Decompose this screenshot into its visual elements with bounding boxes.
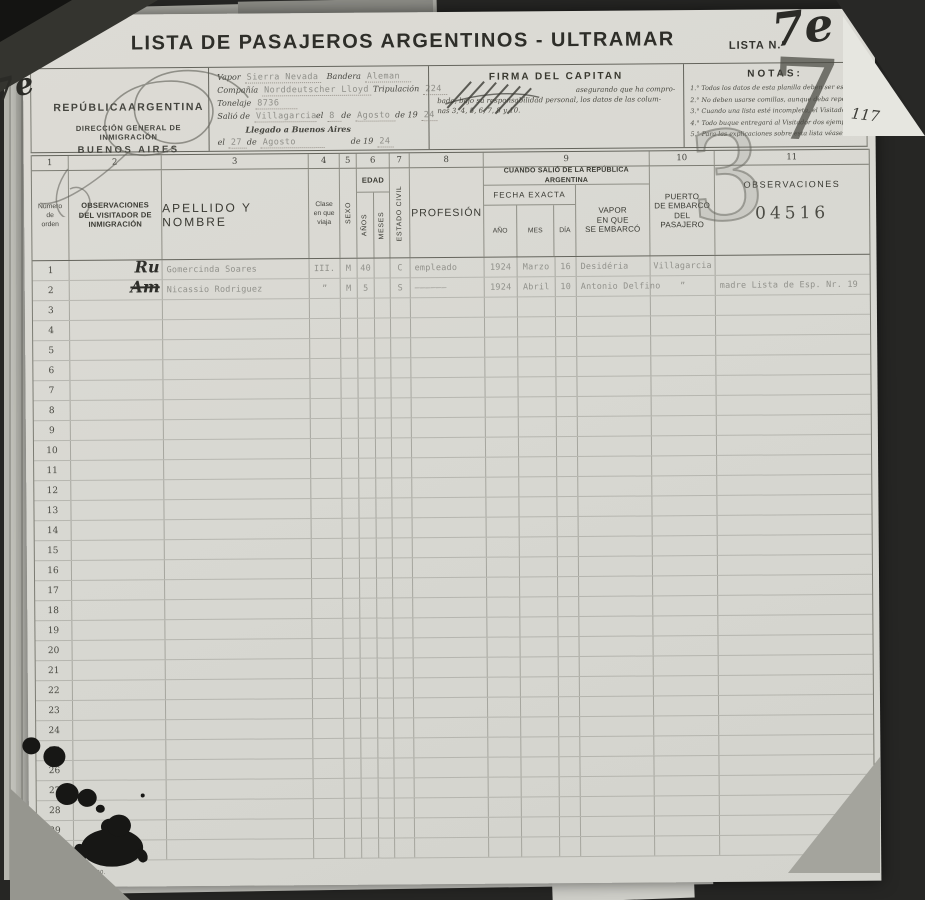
table-cell-meses [376,418,392,437]
table-cell-vapor [579,636,653,656]
table-cell-clase [313,759,344,778]
header-edad-group: EDAD AÑOS MESES [357,168,391,257]
table-cell-dia [558,577,579,596]
table-cell-obs [718,515,872,535]
table-cell-ano [486,457,519,476]
table-cell-mark [73,720,166,740]
table-cell-meses [377,578,393,597]
typed-value: empleado [415,262,458,272]
row-number: 6 [48,366,54,376]
table-cell-mark [70,340,163,360]
table-cell-clase [310,379,341,398]
header-clase: Clase en que viaja [314,200,335,227]
table-cell-meses [375,378,391,397]
table-cell-dia [558,637,579,656]
table-cell-anos [361,739,378,758]
table-cell-obs [719,735,873,755]
table-cell-anos [359,459,376,478]
table-cell-meses [377,538,393,557]
table-cell-mark [71,480,164,500]
table-cell-mark [73,660,166,680]
table-cell-profesion [411,358,485,378]
table-cell-obs [716,355,870,375]
table-cell-clase [311,399,342,418]
table-cell-puerto: Villagarcia [651,256,716,276]
table-cell-anos [362,799,379,818]
table-cell-meses [378,658,394,677]
table-cell-name [165,539,312,559]
handwritten-list-number: 7e [769,0,836,58]
table-cell-clase [311,439,342,458]
typed-value: S [398,283,403,293]
table-cell-anos [361,659,378,678]
table-cell-num: 12 [34,481,71,500]
table-cell-estado [394,718,414,737]
table-cell-mes [519,437,557,456]
table-cell-name [167,779,314,799]
table-cell-obs [717,455,871,475]
table-cell-puerto [654,716,719,736]
table-cell-meses [375,278,391,297]
salio-month: Agosto [355,110,395,121]
table-cell-sexo [344,719,361,738]
table-cell-num: 8 [34,401,71,420]
table-cell-name [167,839,314,859]
col-number: 7 [390,153,410,167]
table-cell-vapor [578,456,652,476]
ink-blot [22,737,40,754]
table-cell-profesion [415,838,489,858]
table-cell-sexo [342,459,359,478]
table-cell-mes [518,317,556,336]
page-title: LISTA DE PASAJEROS ARGENTINOS - ULTRAMAR [23,27,783,56]
table-cell-profesion [415,798,489,818]
table-cell-puerto [655,776,720,796]
table-cell-dia [556,337,577,356]
col-number: 9 [484,151,650,166]
table-cell-estado [392,478,412,497]
typed-value: C [397,263,402,273]
table-cell-name: Nicassio Rodriguez [163,279,310,299]
table-cell-ano [489,797,522,816]
table-cell-profesion [413,538,487,558]
table-cell-estado [393,598,413,617]
table-cell-meses [378,678,394,697]
table-cell-mes [519,497,557,516]
table-cell-meses [379,818,395,837]
table-cell-vapor: Desidéria [577,256,651,276]
row-number: 15 [47,546,59,556]
table-cell-dia [560,777,581,796]
row-number: 4 [48,326,54,336]
typed-value: 16 [560,262,571,272]
table-cell-clase [314,799,345,818]
table-cell-dia [559,677,580,696]
table-cell-mark [73,740,166,760]
table-cell-mark [73,700,166,720]
table-cell-name [163,379,310,399]
passenger-table: 1 2 3 4 5 6 7 8 9 10 11 Número de orden … [31,149,876,862]
header-cuando-group: CUANDO SALIÓ DE LA REPÚBLICA ARGENTINA F… [484,166,651,256]
table-cell-puerto [652,456,717,476]
table-cell-mes [520,577,558,596]
table-cell-name [164,419,311,439]
table-cell-dia [559,717,580,736]
header-edad: EDAD [362,175,384,185]
table-cell-estado [395,838,415,857]
table-cell-vapor [580,676,654,696]
typed-value: ” [680,281,685,291]
table-cell-dia [559,697,580,716]
header-profesion: PROFESIÓN [411,206,482,219]
table-cell-meses [377,518,393,537]
table-cell-vapor [578,396,652,416]
table-cell-obs [716,375,870,395]
row-number: 1 [48,266,54,276]
table-cell-estado [391,298,411,317]
table-cell-anos [358,299,375,318]
table-cell-puerto [652,436,717,456]
table-cell-puerto [653,516,718,536]
table-cell-mark [72,560,165,580]
table-cell-num: 2 [33,281,70,300]
row-number: 20 [48,646,60,656]
table-cell-mark [71,440,164,460]
table-cell-num: 16 [35,561,72,580]
table-cell-clase [311,479,342,498]
col-number: 8 [410,153,484,168]
table-cell-sexo [341,299,358,318]
table-cell-name [165,559,312,579]
table-cell-name [167,799,314,819]
table-cell-vapor [580,736,654,756]
table-cell-obs [718,595,872,615]
table-cell-ano [489,837,522,856]
table-cell-clase [314,819,345,838]
table-cell-vapor [580,756,654,776]
table-cell-name [164,439,311,459]
table-cell-profesion [413,638,487,658]
table-cell-puerto: ” [651,276,716,296]
table-cell-dia [559,737,580,756]
table-cell-estado [393,558,413,577]
table-cell-profesion [413,578,487,598]
table-cell-estado [391,318,411,337]
table-cell-vapor [579,516,653,536]
table-cell-profesion: –––––– [411,278,485,298]
table-cell-clase [312,619,343,638]
row-number: 28 [49,806,61,816]
col-number: 5 [340,154,357,168]
row-number: 22 [48,686,60,696]
table-cell-ano [486,417,519,436]
table-cell-anos [358,359,375,378]
typed-value: 1924 [490,282,511,292]
table-cell-estado: C [391,258,411,277]
table-cell-sexo [343,579,360,598]
table-cell-profesion [414,698,488,718]
table-cell-estado: S [391,278,411,297]
typed-value: Marzo [523,262,550,272]
row-number: 23 [48,706,60,716]
table-cell-profesion [411,298,485,318]
table-cell-num: 10 [34,441,71,460]
table-cell-ano [487,617,520,636]
table-cell-ano [489,777,522,796]
table-cell-sexo [344,759,361,778]
table-cell-anos [362,779,379,798]
table-cell-mes [521,677,559,696]
table-cell-name [166,639,313,659]
table-cell-profesion [415,818,489,838]
table-cell-ano [487,577,520,596]
table-cell-clase [312,539,343,558]
table-cell-clase [312,519,343,538]
table-cell-mark [72,600,165,620]
table-cell-mes [520,517,558,536]
header-meses: MESES [378,211,385,239]
header-sexo: SEXO [345,202,352,224]
table-cell-vapor [577,376,651,396]
table-cell-meses [378,758,394,777]
table-cell-sexo [342,399,359,418]
table-cell-profesion [414,658,488,678]
table-cell-anos [359,499,376,518]
table-cell-mes: Marzo [518,257,556,276]
table-cell-estado [393,618,413,637]
row-number: 5 [48,346,54,356]
table-cell-dia [560,817,581,836]
table-cell-estado [393,638,413,657]
table-cell-puerto [654,736,719,756]
table-cell-estado [394,758,414,777]
table-cell-num: 20 [36,641,73,660]
table-cell-ano [485,377,518,396]
table-cell-mes [518,297,556,316]
table-cell-puerto [653,596,718,616]
typed-value: ” [322,283,327,293]
table-cell-clase [312,559,343,578]
table-cell-num: 24 [36,721,73,740]
table-cell-mes [522,837,560,856]
table-cell-dia [557,397,578,416]
table-cell-dia [557,457,578,476]
row-number: 24 [48,726,60,736]
table-cell-name [165,599,312,619]
typed-value: Desidéria [581,261,629,271]
table-cell-estado [393,538,413,557]
table-cell-profesion [415,778,489,798]
table-cell-num: 9 [34,421,71,440]
table-cell-mark: Am [70,280,163,300]
table-cell-clase [312,599,343,618]
table-cell-obs [717,475,871,495]
table-cell-obs [719,655,873,675]
table-cell-mark [73,680,166,700]
table-cell-profesion: empleado [411,258,485,278]
table-cell-mes [521,757,559,776]
table-cell-obs [720,775,874,795]
table-cell-vapor [577,336,651,356]
table-cell-ano [486,497,519,516]
table-cell-num: 23 [36,701,73,720]
visitor-handwritten-mark: Ru [135,257,160,276]
table-cell-name [165,579,312,599]
table-cell-anos [358,339,375,358]
table-cell-meses [375,338,391,357]
table-cell-profesion [413,558,487,578]
table-cell-vapor [581,776,655,796]
typed-value: M [346,283,351,293]
table-cell-name [164,399,311,419]
table-cell-mark [71,460,164,480]
row-number: 3 [48,306,54,316]
table-cell-anos: 5 [358,279,375,298]
row-number: 16 [47,566,59,576]
table-cell-mark [72,620,165,640]
table-cell-anos [361,699,378,718]
table-cell-anos [360,519,377,538]
ink-blot [141,793,145,797]
table-cell-estado [395,778,415,797]
table-cell-mark [70,320,163,340]
table-cell-name [167,819,314,839]
table-cell-ano [488,737,521,756]
table-cell-clase: III. [310,259,341,278]
table-cell-anos [362,819,379,838]
table-cell-clase [310,299,341,318]
table-cell-sexo [344,739,361,758]
table-cell-sexo [344,679,361,698]
compania-value: Norddeutscher Lloyd [262,85,371,97]
bandera-value: Aleman [365,71,411,82]
table-cell-obs [719,755,873,775]
table-cell-name [166,679,313,699]
typed-value: Villagarcia [653,260,712,270]
header-fecha-exacta: FECHA EXACTA [493,190,565,200]
table-cell-profesion [411,338,485,358]
table-cell-ano [486,437,519,456]
table-cell-mes [520,617,558,636]
table-cell-clase: ” [310,279,341,298]
table-cell-estado [392,458,412,477]
table-cell-meses [378,738,394,757]
table-cell-meses [376,498,392,517]
table-cell-meses [378,718,394,737]
table-cell-sexo [341,359,358,378]
table-cell-clase [311,459,342,478]
table-cell-vapor [580,716,654,736]
table-cell-meses [378,698,394,717]
de19-label: de 19 [395,110,418,119]
table-cell-num: 7 [33,381,70,400]
tripulacion-label: Tripulación [373,84,419,93]
table-cell-num: 18 [35,601,72,620]
table-cell-clase [310,359,341,378]
table-cell-num: 22 [36,681,73,700]
table-cell-mark [72,520,165,540]
table-cell-meses [379,798,395,817]
table-cell-ano [486,477,519,496]
table-cell-sexo [342,479,359,498]
table-cell-ano: 1924 [485,257,518,276]
table-cell-mes [519,397,557,416]
table-cell-name: Gomercinda Soares [163,259,310,279]
table-cell-mes [518,357,556,376]
table-cell-mes [521,717,559,736]
header-dia: DÍA [559,226,570,235]
table-cell-obs [715,255,869,275]
table-cell-dia [556,297,577,316]
typed-value: 5 [363,283,368,293]
table-cell-profesion [414,758,488,778]
table-cell-sexo [341,379,358,398]
table-cell-mes [519,417,557,436]
table-cell-puerto [653,636,718,656]
table-cell-mes [521,697,559,716]
table-cell-name [165,619,312,639]
table-cell-vapor [578,436,652,456]
table-cell-profesion [412,438,486,458]
table-cell-obs [719,695,873,715]
table-cell-ano [487,517,520,536]
table-cell-meses [379,838,395,857]
table-cell-vapor [578,496,652,516]
table-cell-profesion [412,498,486,518]
table-cell-obs [719,715,873,735]
table-cell-vapor [579,576,653,596]
table-cell-dia [556,317,577,336]
table-cell-name [166,739,313,759]
table-cell-anos [358,319,375,338]
table-cell-clase [311,419,342,438]
table-cell-sexo [344,659,361,678]
table-cell-mark [73,760,166,780]
table-cell-dia [557,437,578,456]
table-cell-dia [560,837,581,856]
table-cell-dia [559,657,580,676]
typed-value: Gomercinda Soares [167,264,257,275]
table-cell-sexo [343,559,360,578]
table-cell-sexo [345,799,362,818]
table-cell-ano [485,357,518,376]
table-cell-puerto [654,656,719,676]
table-cell-meses [379,778,395,797]
table-cell-name [165,519,312,539]
table-cell-num: 13 [34,501,71,520]
table-cell-meses [377,638,393,657]
table-cell-dia [558,617,579,636]
table-cell-ano [488,697,521,716]
table-cell-name [164,479,311,499]
table-cell-estado [391,338,411,357]
table-cell-obs [718,575,872,595]
table-cell-meses [376,458,392,477]
table-cell-num: 6 [33,361,70,380]
table-cell-obs [718,535,872,555]
table-cell-num: 14 [35,521,72,540]
table-cell-mes [518,377,556,396]
table-cell-num: 4 [33,321,70,340]
table-cell-anos [358,379,375,398]
table-cell-meses [376,438,392,457]
table-cell-vapor [577,296,651,316]
row-number: 17 [47,586,59,596]
table-cell-anos [362,839,379,858]
el-label: el [316,111,323,120]
table-cell-ano [485,297,518,316]
table-cell-profesion [411,318,485,338]
